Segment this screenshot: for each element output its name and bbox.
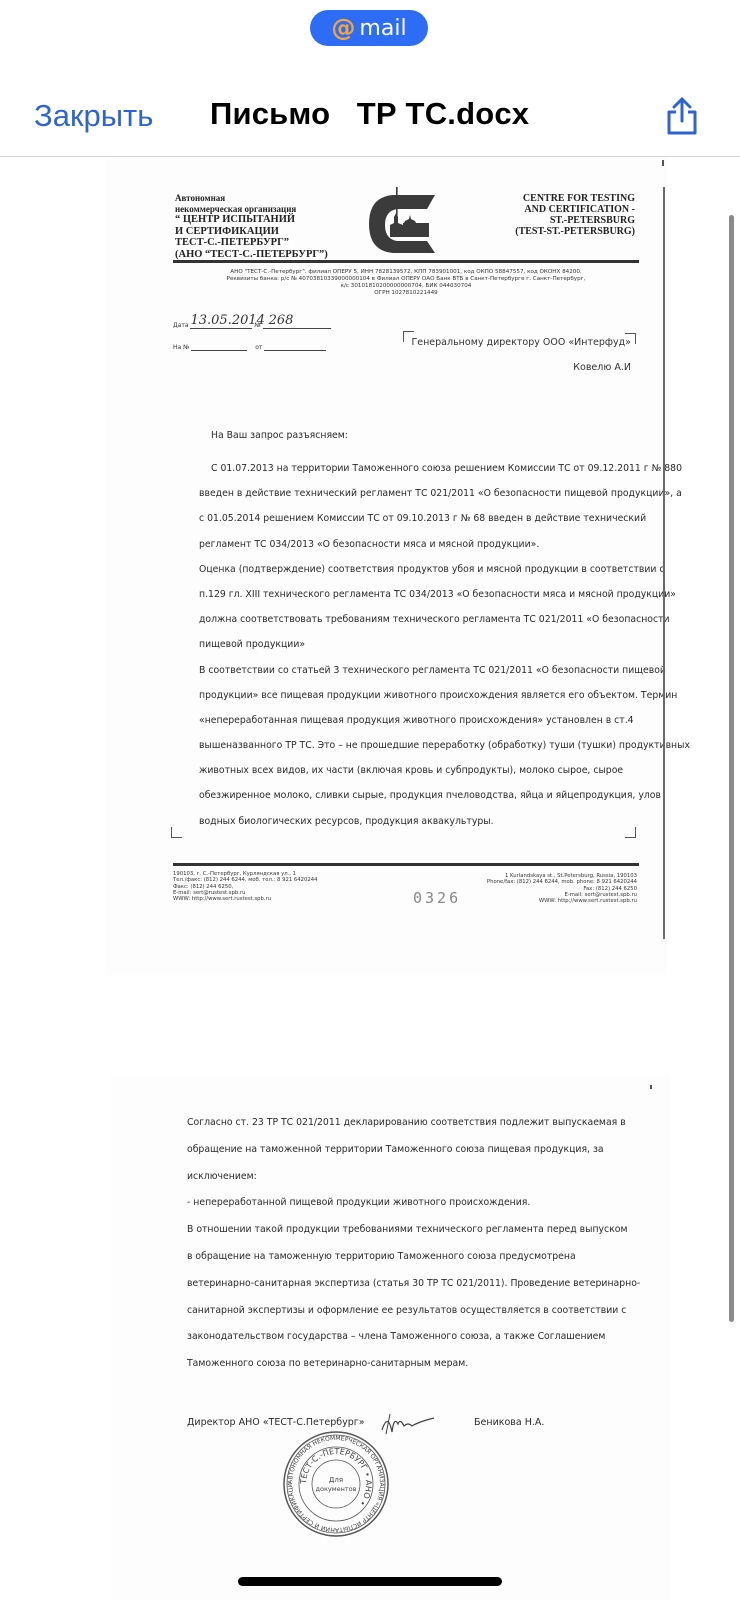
requisites-line: Реквизиты банка: р/с № 40703810339000000… [173, 276, 639, 283]
share-icon [664, 96, 700, 136]
letterhead-line: (АНО “ТЕСТ-С.-ПЕТЕРБУРГ”) [175, 249, 328, 261]
home-indicator[interactable] [238, 1577, 502, 1586]
body-line: В соответствии со статьей 3 технического… [199, 658, 639, 683]
body-line: введен в действие технический регламент … [199, 481, 639, 506]
letterhead-line: (TEST-ST.-PETERSBURG) [515, 226, 635, 237]
body-line: «непереработанная пищевая продукция живо… [199, 708, 639, 733]
number-label: № [254, 322, 260, 329]
letterhead-line: AND CERTIFICATION - [515, 204, 635, 215]
bank-requisites: АНО "ТЕСТ-С.-Петербург", филиал ОПЕРУ 5,… [173, 269, 639, 297]
at-icon: @ [331, 14, 355, 42]
body-line: обезжиренное молоко, сливки сырые, проду… [199, 783, 639, 808]
official-seal: АВТОНОМНАЯ НЕКОММЕРЧЕСКАЯ ОРГАНИЗАЦИЯ «Ц… [282, 1430, 390, 1538]
body-line: должна соответствовать требованиям техни… [199, 607, 639, 632]
svg-text:документов: документов [316, 1485, 357, 1493]
body-line: В отношении такой продукции требованиями… [187, 1217, 627, 1244]
number-value: 268 [263, 313, 294, 328]
footer-line: WWW: http://www.sert.rustest.spb.ru [173, 896, 317, 902]
organization-logo [363, 187, 443, 257]
body-line: пищевой продукции» [199, 632, 639, 657]
signatory-name: Беникова Н.А. [474, 1417, 544, 1428]
body-line: Согласно ст. 23 ТР ТС 021/2011 деклариро… [187, 1110, 627, 1137]
close-button[interactable]: Закрыть [34, 98, 153, 134]
scan-edge [663, 187, 665, 939]
scrollbar[interactable] [729, 215, 734, 1322]
body-line: вышеназванного ТР ТС. Это – не прошедшие… [199, 733, 639, 758]
body-line: с 01.05.2014 решением Комиссии ТС от 09.… [199, 506, 639, 531]
footer-contacts-en: 1 Kurlandskaya st., St.Petersburg, Russi… [487, 873, 637, 904]
document-viewer[interactable]: Автономная некоммерческая организация “ … [0, 157, 740, 1600]
body-line: водных биологических ресурсов, продукция… [199, 809, 639, 834]
body-line: в обращение на таможенную территорию Там… [187, 1244, 627, 1271]
footer-line: WWW: http://www.sert.rustest.spb.ru [487, 898, 637, 904]
body-line: Оценка (подтверждение) соответствия прод… [199, 557, 639, 582]
letterhead-line: ST.-PETERSBURG [515, 215, 635, 226]
corner-mark [171, 827, 182, 838]
letter-body: С 01.07.2013 на территории Таможенного с… [199, 456, 639, 834]
letter-body-continued: Согласно ст. 23 ТР ТС 021/2011 деклариро… [187, 1110, 627, 1378]
body-line: обращение на таможенной территории Тамож… [187, 1137, 627, 1164]
signatory-title: Директор АНО «ТЕСТ-С.Петербург» [187, 1417, 365, 1428]
body-line: санитарной экспертизы и оформление ее ре… [187, 1298, 627, 1325]
addressee-name: Ковелю А.И [573, 362, 631, 373]
date-number-row: Дата 13.05.2014 № 268 [173, 313, 331, 329]
date-label: Дата [173, 322, 189, 329]
addressee: Генеральному директору ООО «Интерфуд» [411, 337, 631, 348]
body-line: На Ваш запрос разъясняем: [211, 423, 651, 448]
letterhead-line: Автономная [175, 193, 328, 204]
share-button[interactable] [664, 96, 700, 136]
body-line: ветеринарно-санитарная экспертиза (стать… [187, 1271, 627, 1298]
document-title: Письмо ТР ТС.docx [210, 96, 529, 132]
letterhead-right: CENTRE FOR TESTING AND CERTIFICATION - S… [515, 193, 635, 237]
body-line: законодательством государства – члена Та… [187, 1324, 627, 1351]
mail-app-badge[interactable]: @ mail [310, 10, 428, 46]
svg-text:Для: Для [329, 1476, 343, 1484]
letterhead-left: Автономная некоммерческая организация “ … [175, 193, 328, 260]
footer-divider [173, 863, 639, 866]
serial-number: 0326 [413, 889, 461, 907]
letterhead-line: CENTRE FOR TESTING [515, 193, 635, 204]
body-line: п.129 гл. XIII технического регламента Т… [199, 582, 639, 607]
requisites-line: ОГРН 1027810221449 [173, 290, 639, 297]
navigation-bar: Закрыть Письмо ТР ТС.docx [0, 80, 740, 157]
body-line: продукции» все пищевая продукции животно… [199, 683, 639, 708]
letterhead-divider [173, 260, 639, 263]
body-line: - непереработанной пищевой продукции жив… [187, 1190, 627, 1217]
body-line: исключением: [187, 1164, 627, 1191]
letterhead-line: И СЕРТИФИКАЦИИ [175, 226, 328, 238]
body-line: животных всех видов, их части (включая к… [199, 758, 639, 783]
footer-line: Phone/fax: (812) 244 6244, mob. phone: 8… [487, 879, 637, 885]
requisites-line: к/с 30101810200000000704, БИК 044030704 [173, 283, 639, 290]
body-line: регламент ТС 034/2013 «О безопасности мя… [199, 532, 639, 557]
reference-label: На № [173, 344, 189, 351]
reference-from-label: от [255, 344, 262, 351]
greeting: На Ваш запрос разъясняем: [211, 423, 651, 448]
document-page-1: Автономная некоммерческая организация “ … [105, 157, 667, 975]
letterhead-line: ТЕСТ-С.-ПЕТЕРБУРГ” [175, 237, 328, 249]
body-line: Таможенного союза по ветеринарно-санитар… [187, 1351, 627, 1378]
mail-brand-label: mail [359, 16, 406, 41]
scan-mark [662, 160, 664, 166]
letterhead-line: некоммерческая организация [175, 204, 328, 215]
reference-row: На № от [173, 343, 326, 351]
scan-mark [650, 1085, 652, 1089]
footer-contacts-ru: 190103, г. С.-Петербург, Курляндская ул.… [173, 871, 317, 902]
body-line: С 01.07.2013 на территории Таможенного с… [199, 456, 639, 481]
letterhead-line: “ ЦЕНТР ИСПЫТАНИЙ [175, 214, 328, 226]
corner-mark [625, 827, 636, 838]
footer-line: Тел./факс: (812) 244 6244, моб. тел.: 8 … [173, 877, 317, 883]
document-page-2: Согласно ст. 23 ТР ТС 021/2011 деклариро… [110, 1075, 670, 1600]
requisites-line: АНО "ТЕСТ-С.-Петербург", филиал ОПЕРУ 5,… [173, 269, 639, 276]
